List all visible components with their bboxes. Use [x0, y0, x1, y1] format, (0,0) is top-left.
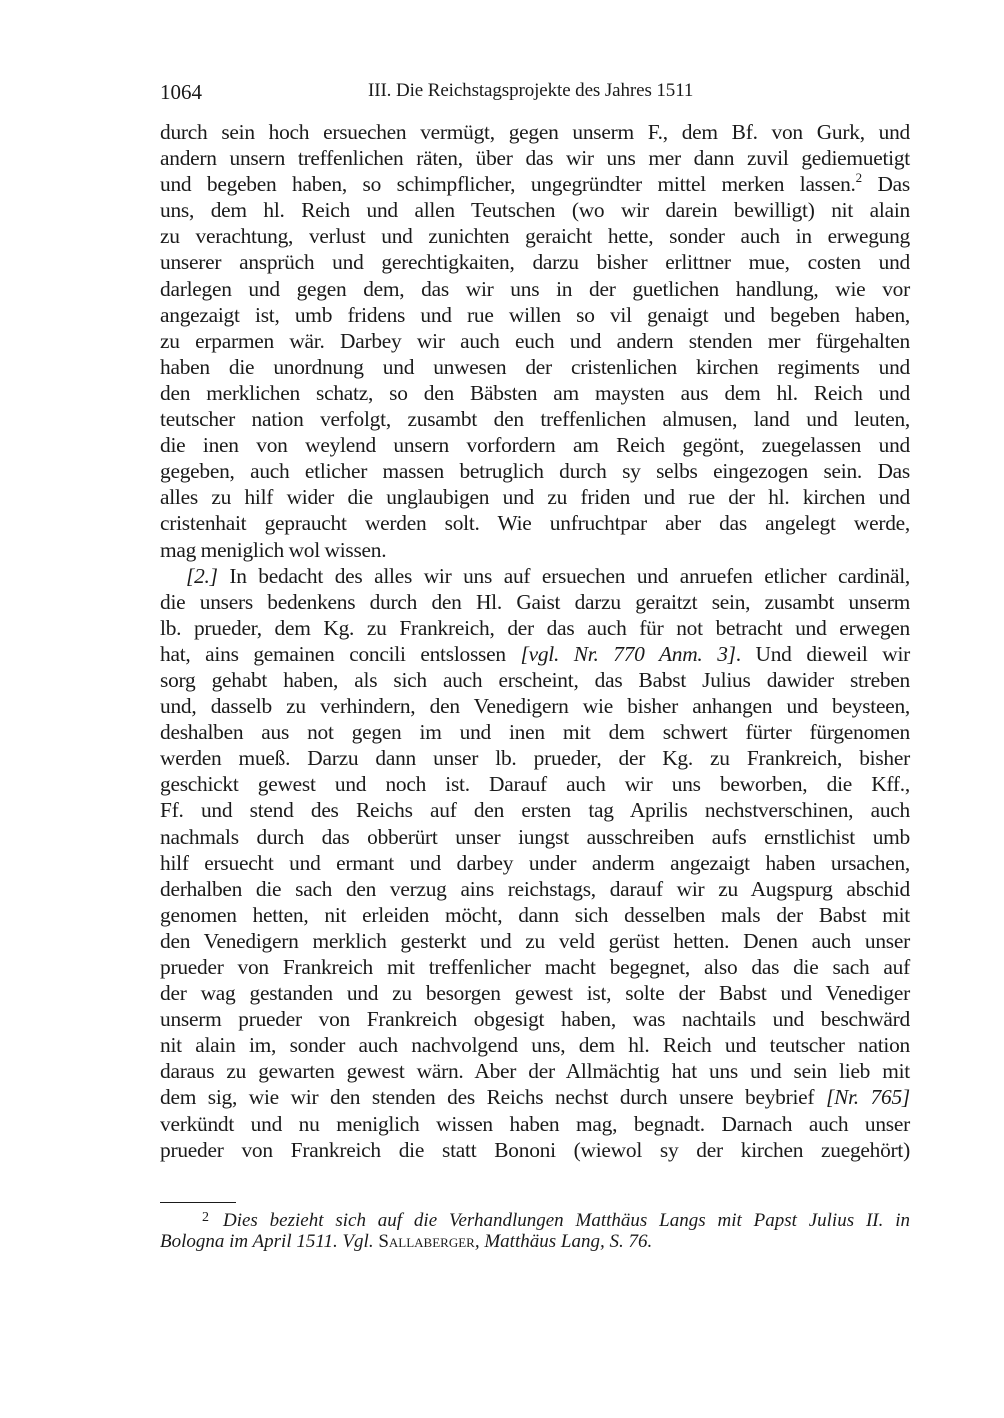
- section-marker: [2.]: [186, 564, 218, 588]
- text-line: nit alain im, sonder auch nachvolgend un…: [160, 1032, 910, 1058]
- text-line: andern unsern treffenlichen räten, über …: [160, 145, 910, 171]
- paragraph-1: durch sein hoch ersuechen vermügt, gegen…: [160, 119, 910, 563]
- text-line: zu verachtung, verlust und zunichten ger…: [160, 223, 910, 249]
- author-name: Sallaberger: [378, 1231, 475, 1252]
- footnote-divider: [160, 1202, 236, 1203]
- text-line: prueder von Frankreich mit treffenlicher…: [160, 954, 910, 980]
- text-line: daraus zu gewarten gewest wärn. Aber der…: [160, 1058, 910, 1084]
- text-line: gegeben, auch etlicher massen betruglich…: [160, 458, 910, 484]
- chapter-title: III. Die Reichstagsprojekte des Jahres 1…: [368, 80, 693, 102]
- text-line: unserm prueder von Frankreich obgesigt h…: [160, 1006, 910, 1032]
- text-line: unserer ansprüch und gerechtigkaiten, da…: [160, 249, 910, 275]
- text-line: lb. prueder, dem Kg. zu Frankreich, der …: [160, 615, 910, 641]
- text-line: verkündt und nu meniglich wissen haben m…: [160, 1111, 910, 1137]
- footnote-line: 2Dies bezieht sich auf die Verhandlungen…: [160, 1207, 910, 1231]
- text-line: den Venedigern merklich gesterkt und zu …: [160, 928, 910, 954]
- text-line: prueder von Frankreich die statt Bononi …: [160, 1137, 910, 1163]
- text-line: werden mueß. Darzu dann unser lb. pruede…: [160, 745, 910, 771]
- cross-reference[interactable]: [Nr. 765]: [826, 1085, 910, 1109]
- text-line: durch sein hoch ersuechen vermügt, gegen…: [160, 119, 910, 145]
- text-line: dem sig, wie wir den stenden des Reichs …: [160, 1084, 910, 1110]
- footnote: 2Dies bezieht sich auf die Verhandlungen…: [160, 1207, 910, 1252]
- footnote-number: 2: [202, 1210, 209, 1225]
- text-line: [2.] In bedacht des alles wir uns auf er…: [160, 563, 910, 589]
- text-line: teutscher nation verfolgt, zusambt den t…: [160, 406, 910, 432]
- text-line: hilf ersuecht und ermant und darbey unde…: [160, 850, 910, 876]
- text-line: Ff. und stend des Reichs auf den ersten …: [160, 797, 910, 823]
- text-line: die unsers bedenkens durch den Hl. Gaist…: [160, 589, 910, 615]
- text-line: uns, dem hl. Reich und allen Teutschen (…: [160, 197, 910, 223]
- text-line: geschickt gewest und noch ist. Darauf au…: [160, 771, 910, 797]
- text-line: und, dasselb zu verhindern, den Venedige…: [160, 693, 910, 719]
- text-line: genomen hetten, nit erleiden möcht, dann…: [160, 902, 910, 928]
- footnote-line: Bologna im April 1511. Vgl. Sallaberger,…: [160, 1231, 910, 1252]
- text-line: cristenhait gepraucht werden solt. Wie u…: [160, 510, 910, 536]
- text-line: zu erparmen wär. Darbey wir auch euch un…: [160, 328, 910, 354]
- text-line: der wag gestanden und zu besorgen gewest…: [160, 980, 910, 1006]
- page-number: 1064: [160, 80, 202, 105]
- paragraph-2: [2.] In bedacht des alles wir uns auf er…: [160, 563, 910, 1163]
- text-line: derhalben die sach den verzug ains reich…: [160, 876, 910, 902]
- cross-reference[interactable]: [vgl. Nr. 770 Anm. 3]: [521, 642, 736, 666]
- text-line: nachmals durch das obberürt unser iungst…: [160, 824, 910, 850]
- text-line: die inen von weylend unsern vorfordern a…: [160, 432, 910, 458]
- text-line: angezaigt ist, umb fridens und rue wille…: [160, 302, 910, 328]
- text-line: und begeben haben, so schimpflicher, ung…: [160, 171, 910, 197]
- body-text: durch sein hoch ersuechen vermügt, gegen…: [160, 119, 910, 1163]
- text-line: deshalben aus not gegen im und inen mit …: [160, 719, 910, 745]
- text-line: alles zu hilf wider die unglaubigen und …: [160, 484, 910, 510]
- running-head: 1064 III. Die Reichstagsprojekte des Jah…: [160, 80, 910, 106]
- text-line: den merklichen schatz, so den Bäbsten am…: [160, 380, 910, 406]
- text-line: sorg gehabt haben, als sich auch erschei…: [160, 667, 910, 693]
- text-line: darlegen und gegen dem, das wir uns in d…: [160, 276, 910, 302]
- text-line: hat, ains gemainen concili entslossen [v…: [160, 641, 910, 667]
- text-line: mag meniglich wol wissen.: [160, 537, 910, 563]
- text-line: haben die unordnung und unwesen der cris…: [160, 354, 910, 380]
